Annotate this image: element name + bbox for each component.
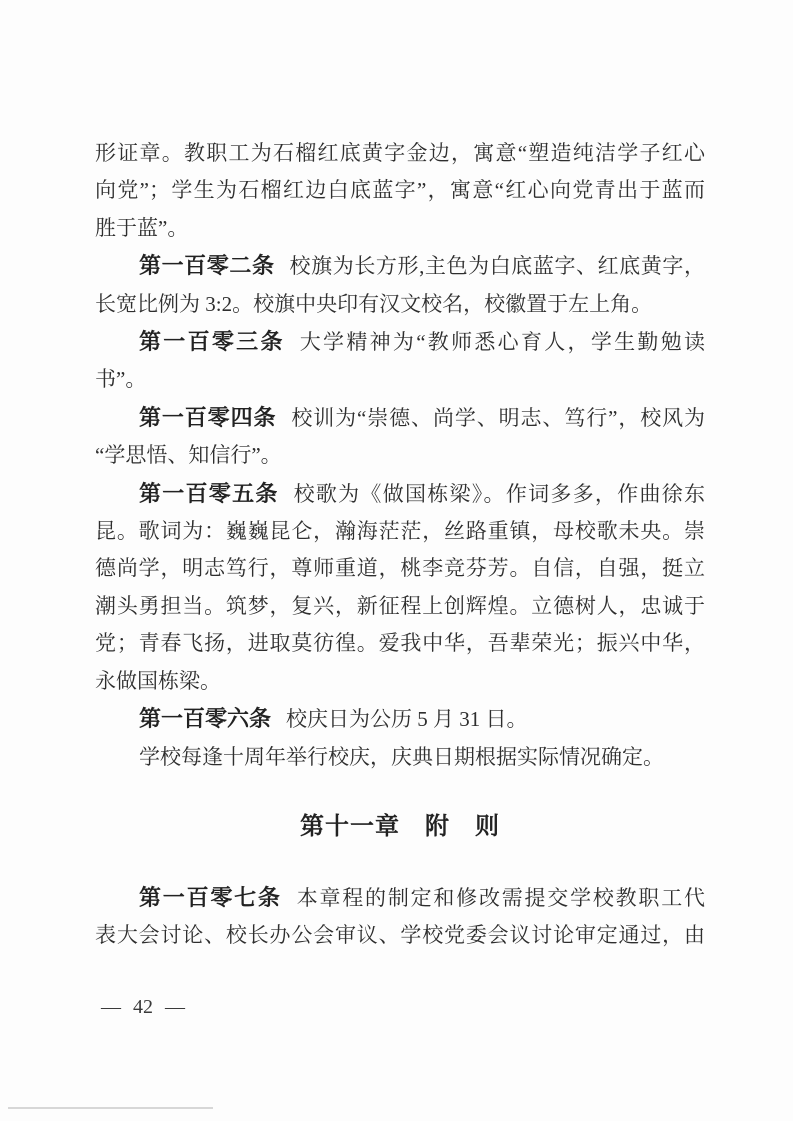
article-107-text: 本章程的制定和修改需提交学校教职工代 bbox=[297, 886, 705, 910]
scan-artifact-line bbox=[8, 1107, 213, 1109]
text-line: 书”。 bbox=[95, 361, 705, 398]
article-106-opening-line: 第一百零六条校庆日为公历 5 月 31 日。 bbox=[95, 700, 705, 738]
article-106-text: 校庆日为公历 5 月 31 日。 bbox=[286, 707, 528, 731]
text-line: 永做国栋梁。 bbox=[95, 663, 705, 700]
article-107-opening-line: 第一百零七条本章程的制定和修改需提交学校教职工代 bbox=[95, 879, 705, 917]
article-104-opening-line: 第一百零四条校训为“崇德、尚学、明志、笃行”，校风为 bbox=[95, 399, 705, 437]
page-number: — 42 — bbox=[101, 996, 185, 1019]
article-103-opening-line: 第一百零三条大学精神为“教师悉心育人，学生勤勉读 bbox=[95, 323, 705, 361]
document-body: 形证章。教职工为石榴红底黄字金边，寓意“塑造纯洁学子红心 向党”；学生为石榴红边… bbox=[95, 135, 705, 955]
text-line: 潮头勇担当。筑梦，复兴，新征程上创辉煌。立德树人，忠诚于 bbox=[95, 588, 705, 625]
article-103-number: 第一百零三条 bbox=[139, 329, 285, 354]
text-line: 向党”；学生为石榴红边白底蓝字”，寓意“红心向党青出于蓝而 bbox=[95, 172, 705, 209]
document-page: 形证章。教职工为石榴红底黄字金边，寓意“塑造纯洁学子红心 向党”；学生为石榴红边… bbox=[0, 0, 793, 1121]
article-102-opening-line: 第一百零二条校旗为长方形,主色为白底蓝字、红底黄字， bbox=[95, 247, 705, 285]
text-line: 形证章。教职工为石榴红底黄字金边，寓意“塑造纯洁学子红心 bbox=[95, 135, 705, 172]
text-line: 昆。歌词为：巍巍昆仑，瀚海茫茫，丝路重镇，母校歌未央。崇 bbox=[95, 513, 705, 550]
article-102-text: 校旗为长方形,主色为白底蓝字、红底黄字， bbox=[290, 254, 705, 278]
article-105-number: 第一百零五条 bbox=[139, 481, 279, 506]
article-107-number: 第一百零七条 bbox=[139, 885, 282, 910]
article-102-number: 第一百零二条 bbox=[139, 253, 275, 278]
chapter-heading: 第十一章 附 则 bbox=[95, 807, 705, 847]
article-104-text: 校训为“崇德、尚学、明志、笃行”，校风为 bbox=[291, 406, 705, 430]
text-line: 德尚学，明志笃行，尊师重道，桃李竞芬芳。自信，自强，挺立 bbox=[95, 550, 705, 587]
article-104-number: 第一百零四条 bbox=[139, 405, 276, 430]
text-line: 学校每逢十周年举行校庆，庆典日期根据实际情况确定。 bbox=[95, 739, 705, 776]
article-105-opening-line: 第一百零五条校歌为《做国栋梁》。作词多多，作曲徐东 bbox=[95, 475, 705, 513]
article-103-text: 大学精神为“教师悉心育人，学生勤勉读 bbox=[300, 330, 705, 354]
text-line: “学思悟、知信行”。 bbox=[95, 437, 705, 474]
article-106-number: 第一百零六条 bbox=[139, 706, 271, 731]
article-105-text: 校歌为《做国栋梁》。作词多多，作曲徐东 bbox=[294, 482, 705, 506]
text-line: 表大会讨论、校长办公会审议、学校党委会议讨论审定通过，由 bbox=[95, 917, 705, 954]
text-line: 长宽比例为 3:2。校旗中央印有汉文校名，校徽置于左上角。 bbox=[95, 286, 705, 323]
text-line: 党；青春飞扬，进取莫彷徨。爱我中华，吾辈荣光；振兴中华， bbox=[95, 625, 705, 662]
text-line: 胜于蓝”。 bbox=[95, 210, 705, 247]
